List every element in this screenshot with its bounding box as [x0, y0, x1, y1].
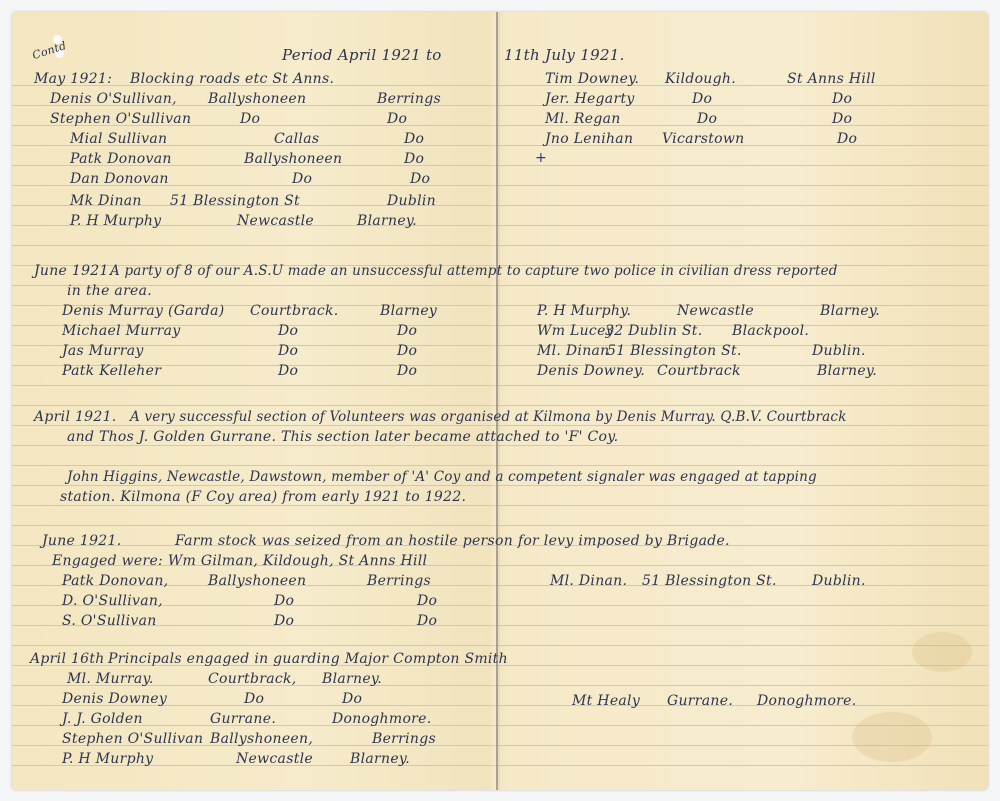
person-name: Patk Kelleher — [62, 362, 161, 380]
person-name: Mial Sullivan — [70, 130, 167, 148]
section-description: A party of 8 of our A.S.U made an unsucc… — [110, 262, 838, 280]
person-area: Do — [404, 130, 424, 148]
person-area: St Anns Hill — [787, 70, 876, 88]
person-area: Blarney. — [350, 750, 410, 768]
person-name: Denis Downey. — [537, 362, 645, 380]
person-name: Jer. Hegarty — [545, 90, 635, 108]
person-name: P. H Murphy. — [537, 302, 631, 320]
person-name: P. H Murphy — [70, 212, 161, 230]
person-place: 51 Blessington St. — [607, 342, 742, 360]
person-place: Do — [692, 90, 712, 108]
person-area: Do — [397, 322, 417, 340]
person-area: Berrings — [377, 90, 441, 108]
person-area: Do — [387, 110, 407, 128]
period-header-left: Period April 1921 to — [282, 46, 442, 64]
person-name: Tim Downey. — [545, 70, 639, 88]
section-text-line: and Thos J. Golden Gurrane. This section… — [67, 428, 618, 446]
person-name: Jno Lenihan — [545, 130, 633, 148]
person-name: S. O'Sullivan — [62, 612, 157, 630]
person-name: Stephen O'Sullivan — [62, 730, 203, 748]
person-place: Courtbrack — [657, 362, 741, 380]
person-area: Dublin. — [812, 572, 866, 590]
section-description-cont: in the area. — [67, 282, 152, 300]
person-name: Jas Murray — [62, 342, 144, 360]
period-header-right: 11th July 1921. — [504, 46, 625, 64]
person-place: Ballyshoneen — [208, 90, 306, 108]
person-name: Michael Murray — [62, 322, 180, 340]
person-place: Do — [274, 592, 294, 610]
person-name: D. O'Sullivan, — [62, 592, 163, 610]
section-text-line: John Higgins, Newcastle, Dawstown, membe… — [67, 468, 817, 486]
person-place: Ballyshoneen, — [210, 730, 313, 748]
person-place: Do — [244, 690, 264, 708]
person-area: Donoghmore. — [757, 692, 857, 710]
person-area: Do — [417, 612, 437, 630]
person-place: Do — [278, 342, 298, 360]
person-name: J. J. Golden — [62, 710, 143, 728]
person-name: Wm Lucey — [537, 322, 614, 340]
section-description: Principals engaged in guarding Major Com… — [108, 650, 508, 668]
paper-stain — [852, 712, 932, 762]
person-place: 51 Blessington St — [170, 192, 300, 210]
person-area: Berrings — [367, 572, 431, 590]
section-description: Farm stock was seized from an hostile pe… — [175, 532, 730, 550]
person-place: Newcastle — [677, 302, 754, 320]
person-name: Dan Donovan — [70, 170, 169, 188]
person-name: Denis Murray (Garda) — [62, 302, 225, 320]
person-area: Blarney. — [322, 670, 382, 688]
person-area: Blackpool. — [732, 322, 809, 340]
person-area: Dublin — [387, 192, 436, 210]
person-area: Do — [417, 592, 437, 610]
person-place: Do — [274, 612, 294, 630]
section-date: June 1921. — [42, 532, 121, 550]
paper-stain — [912, 632, 972, 672]
ledger-paper: Contd Period April 1921 to 11th July 192… — [12, 12, 988, 790]
person-place: Ballyshoneen — [244, 150, 342, 168]
person-place: Kildough. — [665, 70, 736, 88]
section-date: May 1921: — [34, 70, 112, 88]
person-place: Gurrane. — [667, 692, 733, 710]
person-place: 51 Blessington St. — [642, 572, 777, 590]
section-date: April 16th — [30, 650, 105, 668]
person-area: Donoghmore. — [332, 710, 432, 728]
person-place: Do — [697, 110, 717, 128]
person-name: Denis Downey — [62, 690, 167, 708]
section-text-line: station. Kilmona (F Coy area) from early… — [60, 488, 466, 506]
person-area: Do — [404, 150, 424, 168]
person-name: Denis O'Sullivan, — [50, 90, 177, 108]
person-name: Ml. Dinan — [537, 342, 610, 360]
person-name: Stephen O'Sullivan — [50, 110, 191, 128]
page-fold-shadow — [490, 12, 500, 790]
person-name: Mk Dinan — [70, 192, 142, 210]
person-name: Patk Donovan — [70, 150, 172, 168]
person-name: Ml. Regan — [545, 110, 621, 128]
corner-note: Contd — [30, 37, 69, 65]
person-place: Courtbrack, — [208, 670, 297, 688]
person-area: Berrings — [372, 730, 436, 748]
person-place: Do — [278, 362, 298, 380]
person-name: P. H Murphy — [62, 750, 153, 768]
person-area: Do — [397, 362, 417, 380]
person-area: Do — [837, 130, 857, 148]
person-place: Do — [278, 322, 298, 340]
cross-mark: + — [535, 150, 547, 166]
person-area: Do — [410, 170, 430, 188]
person-place: Callas — [274, 130, 319, 148]
person-name: Ml. Dinan. — [550, 572, 627, 590]
person-place: Gurrane. — [210, 710, 276, 728]
person-area: Blarney. — [357, 212, 417, 230]
section-text-line: A very successful section of Volunteers … — [130, 408, 847, 426]
person-place: Do — [240, 110, 260, 128]
person-name: Patk Donovan, — [62, 572, 168, 590]
person-area: Blarney. — [817, 362, 877, 380]
person-area: Dublin. — [812, 342, 866, 360]
person-area: Do — [832, 110, 852, 128]
section-engaged: Engaged were: Wm Gilman, Kildough, St An… — [52, 552, 427, 570]
person-area: Do — [397, 342, 417, 360]
person-name: Mt Healy — [572, 692, 640, 710]
section-date: June 1921. — [34, 262, 113, 280]
person-place: Vicarstown — [662, 130, 744, 148]
person-place: Newcastle — [237, 212, 314, 230]
section-date: April 1921. — [34, 408, 117, 426]
person-place: Do — [292, 170, 312, 188]
person-place: Courtbrack. — [250, 302, 339, 320]
person-area: Blarney — [380, 302, 437, 320]
person-name: Ml. Murray. — [67, 670, 154, 688]
person-place: Ballyshoneen — [208, 572, 306, 590]
person-area: Do — [832, 90, 852, 108]
person-place: Newcastle — [236, 750, 313, 768]
page-fold-line — [496, 12, 498, 790]
person-place: 32 Dublin St. — [605, 322, 702, 340]
person-area: Blarney. — [820, 302, 880, 320]
person-area: Do — [342, 690, 362, 708]
section-description: Blocking roads etc St Anns. — [130, 70, 334, 88]
